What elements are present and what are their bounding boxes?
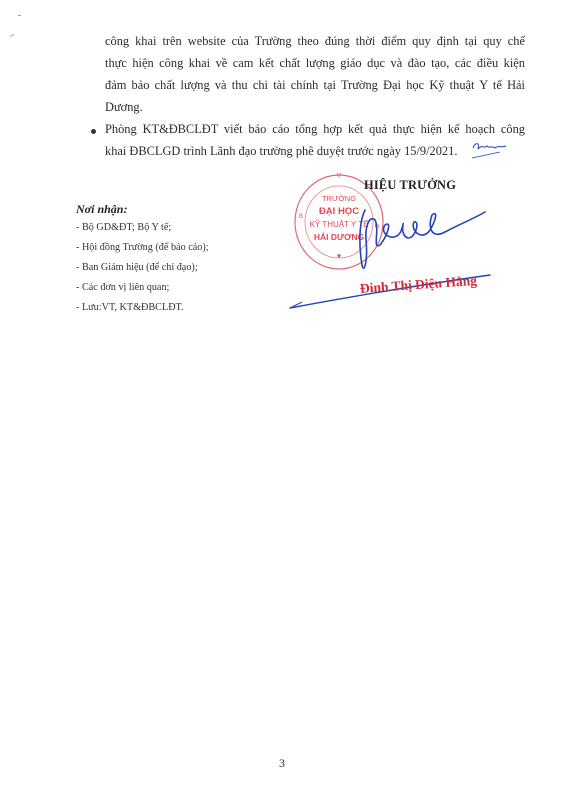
- recipient-item: - Các đơn vị liên quan;: [76, 282, 169, 293]
- page-number: 3: [279, 756, 285, 771]
- paragraph-line: đảm bảo chất lượng và thu chi tài chính …: [105, 78, 525, 93]
- initials-signature-icon: [470, 140, 510, 162]
- recipient-item: - Hội đồng Trường (để báo cáo);: [76, 242, 209, 253]
- bullet-line: Phòng KT&ĐBCLĐT viết báo cáo tổng hợp kế…: [105, 122, 525, 137]
- paragraph-line: thực hiện công khai về cam kết chất lượn…: [105, 56, 525, 71]
- paragraph-line: công khai trên website của Trường theo đ…: [105, 34, 525, 49]
- bullet-icon: [91, 129, 96, 134]
- scan-mark: [18, 15, 21, 16]
- recipients-title: Nơi nhận:: [76, 202, 127, 217]
- scan-mark: [10, 34, 14, 37]
- recipient-item: - Bộ GD&ĐT; Bộ Y tế;: [76, 222, 171, 233]
- recipient-item: - Lưu:VT, KT&ĐBCLĐT.: [76, 302, 184, 313]
- paragraph-line: Dương.: [105, 100, 143, 115]
- recipient-item: - Ban Giám hiệu (để chỉ đạo);: [76, 262, 198, 273]
- bullet-line: khai ĐBCLGD trình Lãnh đạo trường phê du…: [105, 144, 457, 159]
